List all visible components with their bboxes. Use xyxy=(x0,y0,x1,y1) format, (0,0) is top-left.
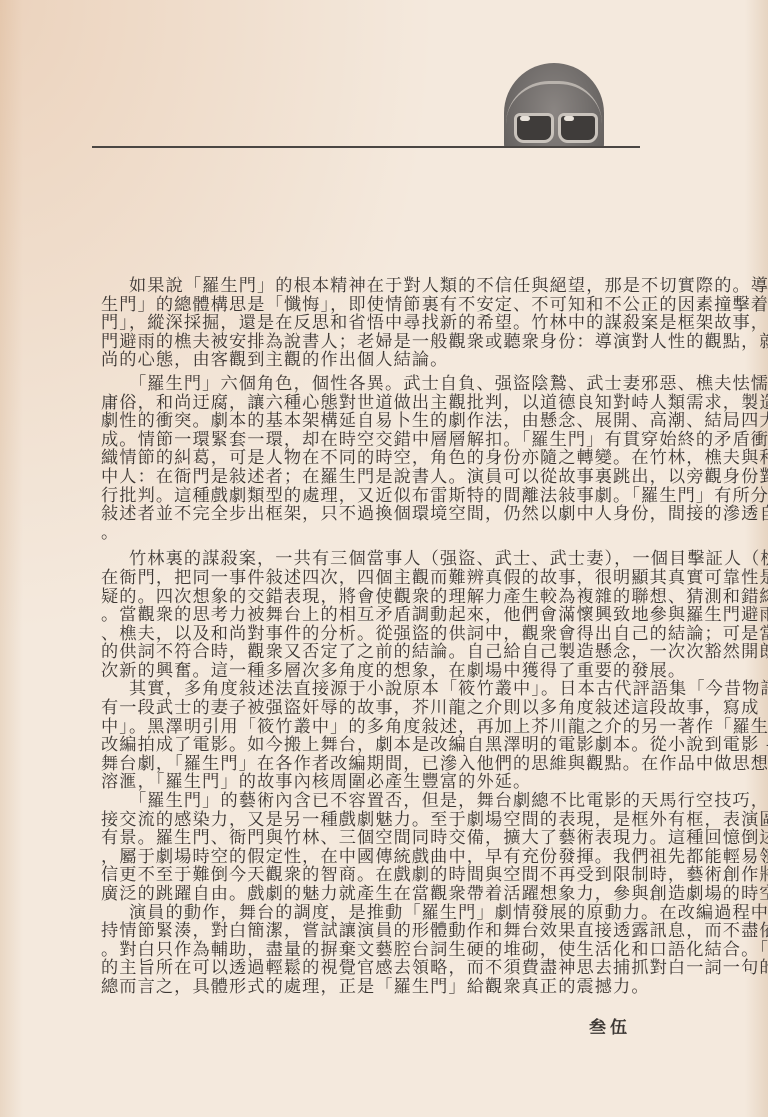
text-line: 。當觀衆的思考力被舞台上的相互矛盾調動起來，他們會滿懷興致地參與羅生門避雨的老婦 xyxy=(101,606,643,625)
text-line: 的供詞不符合時，觀衆又否定了之前的結論。自己給自己製造懸念，一次次豁然開朗，一次 xyxy=(101,643,643,662)
lens-glint xyxy=(520,116,530,121)
text-line: 如果說「羅生門」的根本精神在于對人類的不信任與絕望，那是不切實際的。導演「羅 xyxy=(101,277,643,296)
paragraph-6: 演員的動作，舞台的調度，是推動「羅生門」劇情發展的原動力。在改編過程中，我堅 持… xyxy=(101,904,643,997)
text-line: 劇性的衝突。劇本的基本架構延自易卜生的劇作法，由懸念、展開、高潮、結局四大部份組 xyxy=(101,412,643,431)
text-line: 織情節的糾葛，可是人物在不同的時空，角色的身份亦隨之轉變。在竹林，樵夫與和尚是局 xyxy=(101,449,643,468)
text-line: 其實，多角度敍述法直接源于小說原本「筱竹叢中」。日本古代評語集「今昔物語」中 xyxy=(101,680,643,699)
text-line: 、樵夫，以及和尚對事件的分析。從强盜的供詞中，觀衆會得出自己的結論；可是當武士妻 xyxy=(101,625,643,644)
lens-glint xyxy=(564,116,574,121)
text-line: 次新的興奮。這一種多層次多角度的想象，在劇場中獲得了重要的發展。 xyxy=(101,662,643,681)
text-line: 。對白只作為輔助，盡量的摒棄文藝腔台詞生硬的堆砌，使生活化和口語化結合。「羅生門… xyxy=(101,941,643,960)
text-line: 庸俗，和尚迂腐，讓六種心態對世道做出主觀批判，以道德良知對峙人類需求，製造富有戲 xyxy=(101,394,643,413)
text-line: 尚的心態，由客觀到主觀的作出個人結論。 xyxy=(101,351,643,370)
text-line: 行批判。這種戲劇類型的處理，又近似布雷斯特的間離法敍事劇。「羅生門」有所分別的是 xyxy=(101,487,643,506)
paragraph-3: 竹林裏的謀殺案，一共有三個當事人（强盜、武士、武士妻），一個目擊証人（樵夫）。 … xyxy=(101,550,643,680)
text-line: 廣泛的跳躍自由。戲劇的魅力就產生在當觀衆帶着活躍想象力，參與創造劇場的時空演出。 xyxy=(101,885,643,904)
text-line: 的主旨所在可以透過輕鬆的視覺官感去領略，而不須費盡神思去捕抓對白一詞一句的含意。 xyxy=(101,959,643,978)
header-rule xyxy=(92,146,640,148)
text-line: 持情節緊湊，對白簡潔，嘗試讓演員的形體動作和舞台效果直接透露訊息，而不盡依靠語言 xyxy=(101,922,643,941)
text-line: ，屬于劇場時空的假定性，在中國傳統戲曲中，早有充份發揮。我們祖先都能輕易領會，相 xyxy=(101,848,643,867)
paragraph-2: 「羅生門」六個角色，個性各異。武士自負、强盜陰鷙、武士妻邪惡、樵夫怯懦、老婦 庸… xyxy=(101,375,643,542)
text-line: 「羅生門」的藝術內含已不容置否，但是，舞台劇總不比電影的天馬行空技巧，但其直 xyxy=(101,792,643,811)
text-line: 中人：在衙門是敍述者；在羅生門是說書人。演員可以從故事裏跳出，以旁觀身份對事件進 xyxy=(101,468,643,487)
text-line: 舞台劇，「羅生門」在各作者改編期間，已滲入他們的思維與觀點。在作品中做思想的相交 xyxy=(101,755,643,774)
text-line: 在衙門，把同一事件敍述四次，四個主觀而難辨真假的故事，很明顯其真實可靠性是令人懷 xyxy=(101,569,643,588)
text-line: 溶滙，「羅生門」的故事內核周圍必產生豐富的外延。 xyxy=(101,773,643,792)
text-line: 敍述者並不完全步出框架，只不過換個環境空間，仍然以劇中人身份，間接的滲透自我意識 xyxy=(101,505,643,524)
text-line: 演員的動作，舞台的調度，是推動「羅生門」劇情發展的原動力。在改編過程中，我堅 xyxy=(101,904,643,923)
text-line: 。 xyxy=(101,524,643,543)
text-line: 總而言之，具體形式的處理，正是「羅生門」給觀衆真正的震撼力。 xyxy=(101,978,643,997)
text-line: 門」，縱深採掘，還是在反思和省悟中尋找新的希望。竹林中的謀殺案是框架故事，在羅生 xyxy=(101,314,643,333)
text-line: 改編拍成了電影。如今搬上舞台，劇本是改編自黑澤明的電影劇本。從小說到電影 — 再… xyxy=(101,736,643,755)
article-body: 如果說「羅生門」的根本精神在于對人類的不信任與絕望，那是不切實際的。導演「羅 生… xyxy=(101,277,643,997)
text-line: 有景。羅生門、衙門與竹林、三個空間同時交備，擴大了藝術表現力。這種回憶倒述的處理 xyxy=(101,829,643,848)
text-line: 信更不至于難倒今天觀衆的智商。在戲劇的時間與空間不再受到限制時，藝術創作將取得更 xyxy=(101,866,643,885)
text-line: 門避雨的樵夫被安排為說書人；老婦是一般觀衆或聽衆身份：導演對人性的觀點，就透過和 xyxy=(101,333,643,352)
paragraph-5: 「羅生門」的藝術內含已不容置否，但是，舞台劇總不比電影的天馬行空技巧，但其直 接… xyxy=(101,792,643,904)
text-line: 生門」的總體構思是「懺悔」，即使情節裏有不安定、不可知和不公正的因素撞擊着「羅生 xyxy=(101,296,643,315)
text-line: 有一段武士的妻子被强盜奸辱的故事，芥川龍之介則以多角度敍述這段故事，寫成「筱竹叢 xyxy=(101,699,643,718)
header-portrait-photo xyxy=(500,63,608,147)
text-line: 「羅生門」六個角色，個性各異。武士自負、强盜陰鷙、武士妻邪惡、樵夫怯懦、老婦 xyxy=(101,375,643,394)
paragraph-4: 其實，多角度敍述法直接源于小說原本「筱竹叢中」。日本古代評語集「今昔物語」中 有… xyxy=(101,680,643,792)
text-line: 疑的。四次想象的交錯表現，將會使觀衆的理解力產生較為複雜的聯想、猜測和錯綜的判斷 xyxy=(101,588,643,607)
text-line: 中」。黑澤明引用「筱竹叢中」的多角度敍述，再加上芥川龍之介的另一著作「羅生門」， xyxy=(101,718,643,737)
text-line: 接交流的感染力，又是另一種戲劇魅力。至于劇場空間的表現，是框外有框，表演區是景中 xyxy=(101,811,643,830)
text-line: 竹林裏的謀殺案，一共有三個當事人（强盜、武士、武士妻），一個目擊証人（樵夫）。 xyxy=(101,550,643,569)
page-number: 叁伍 xyxy=(589,1013,631,1038)
text-line: 成。情節一環緊套一環，却在時空交錯中層層解扣。「羅生門」有貫穿始終的矛盾衝突，網 xyxy=(101,431,643,450)
paragraph-1: 如果說「羅生門」的根本精神在于對人類的不信任與絕望，那是不切實際的。導演「羅 生… xyxy=(101,277,643,370)
